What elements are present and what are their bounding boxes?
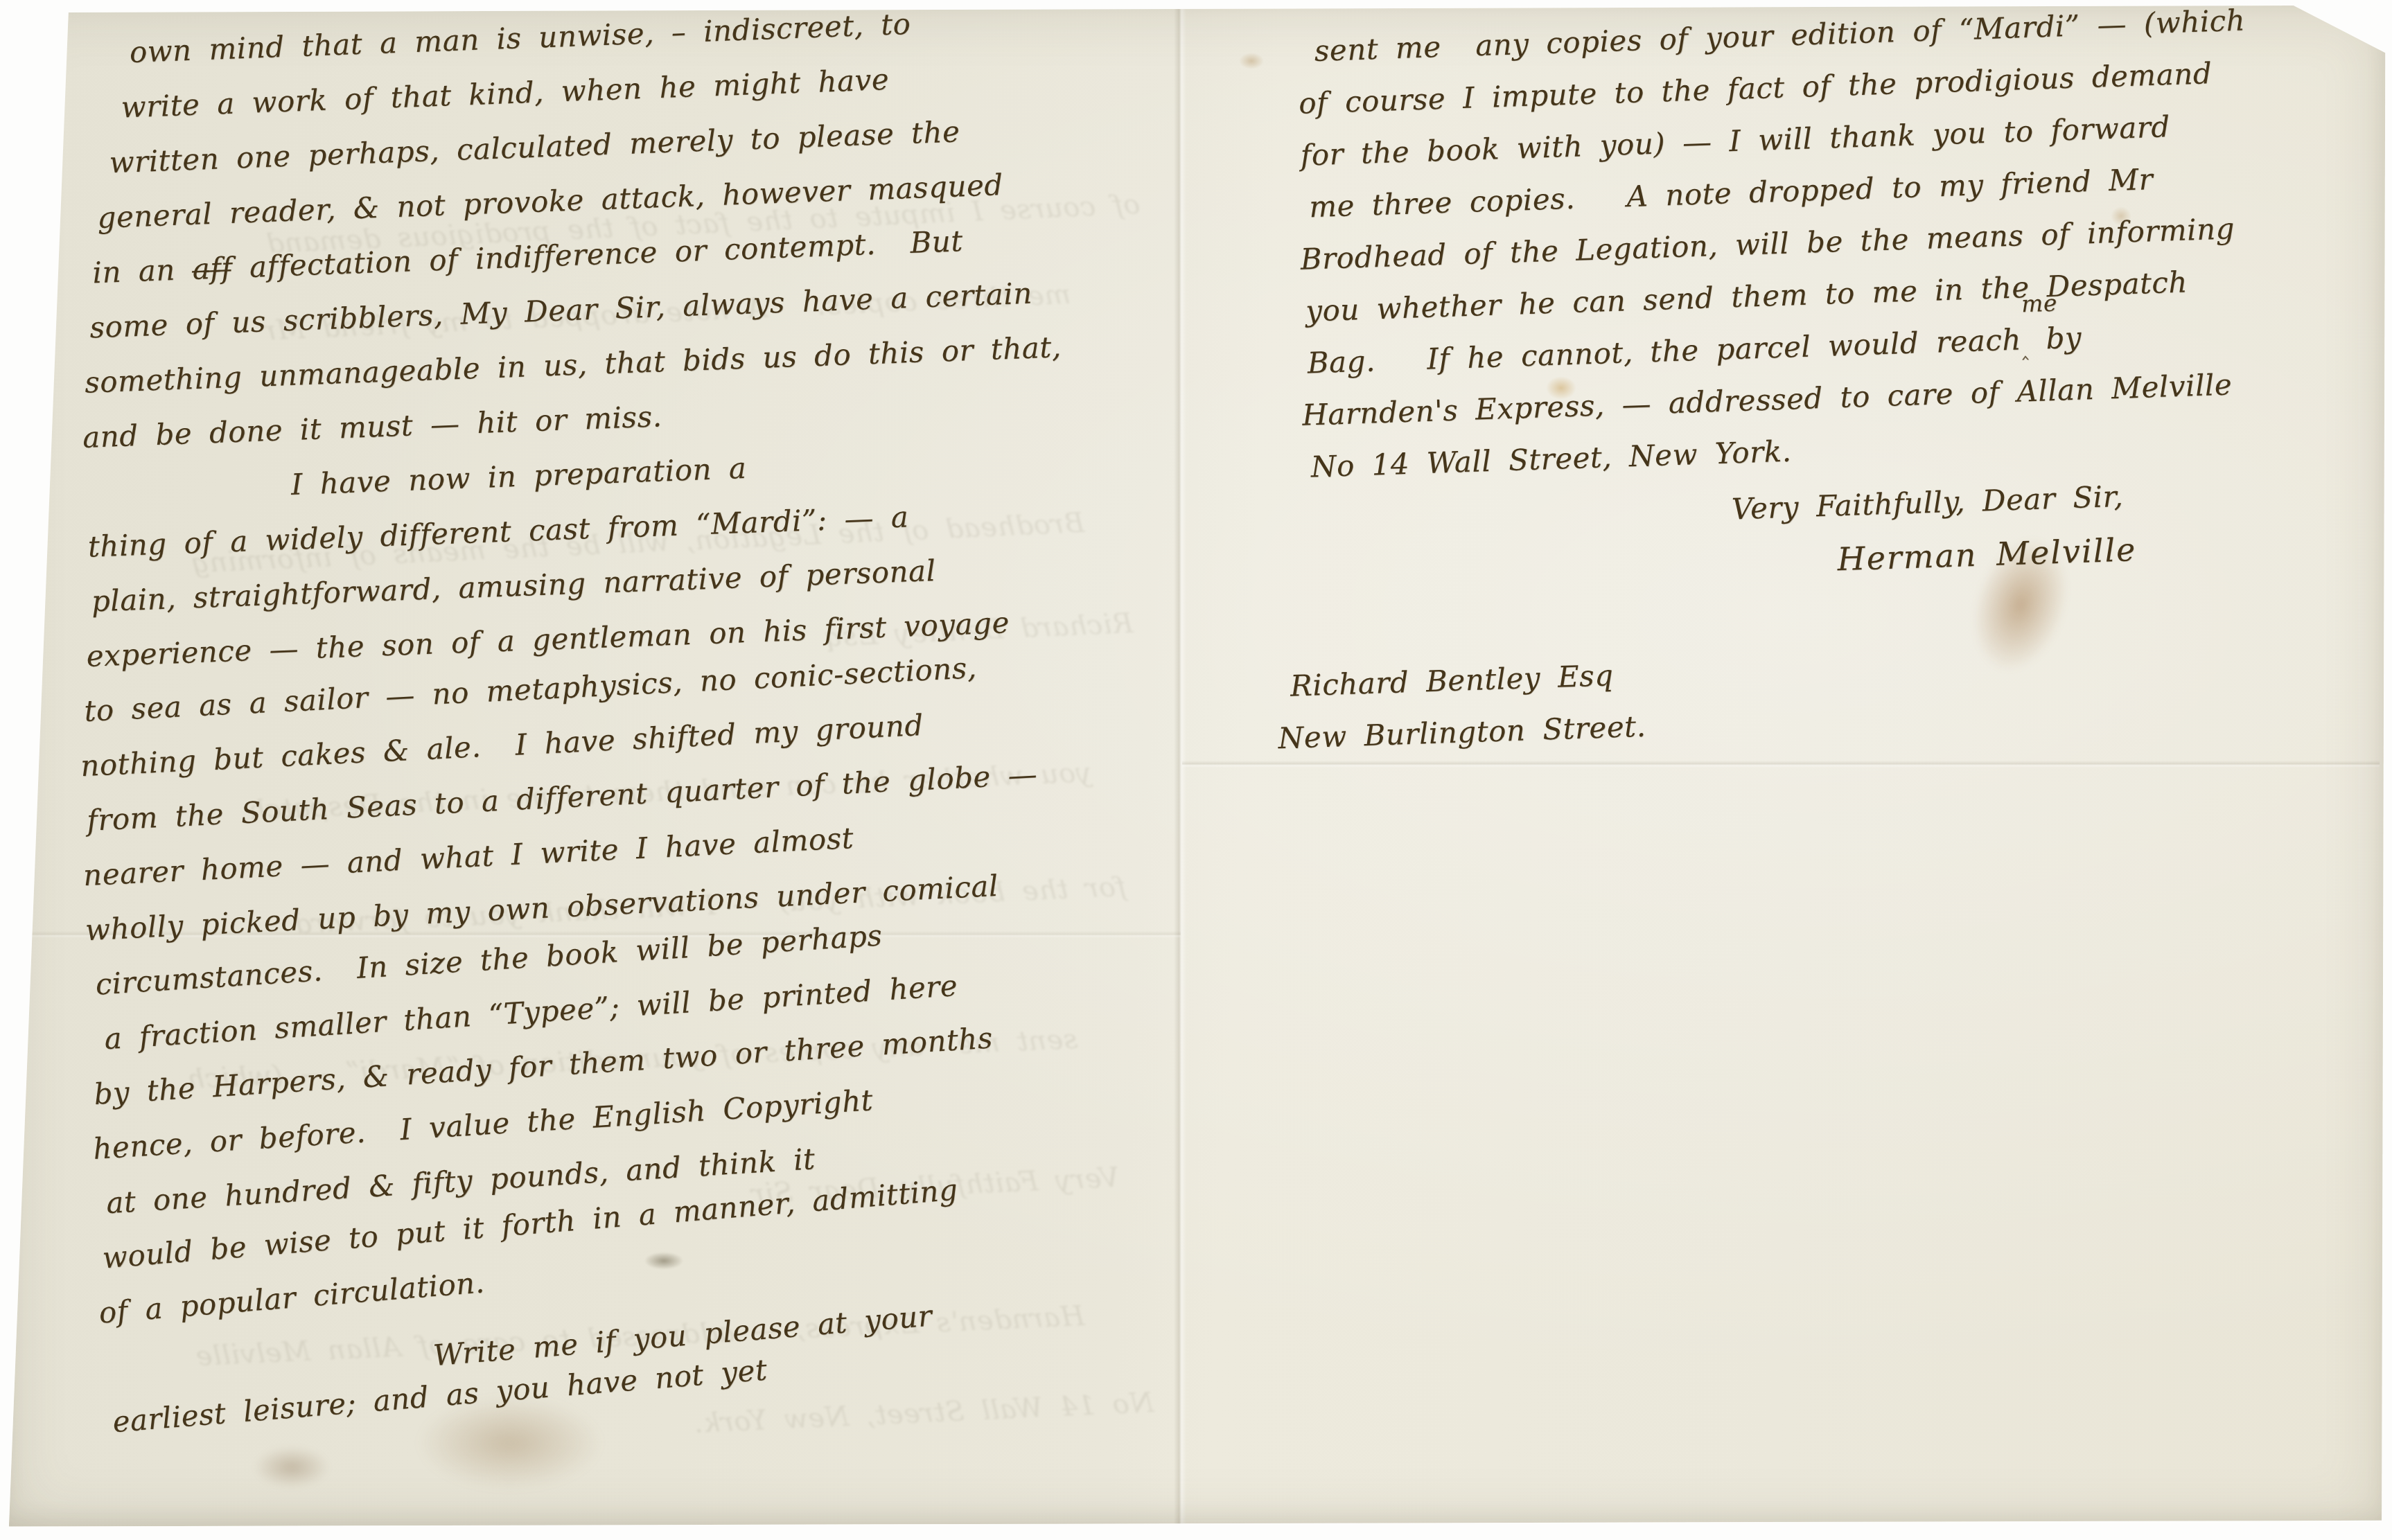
letter-page-1: of course I impute to the fact of the pr… — [4, 6, 1182, 1530]
caret-mark: ‸ — [2021, 336, 2030, 360]
page-1-text: own mind that a man is unwise, – indiscr… — [53, 0, 1213, 1460]
scan-background: of course I impute to the fact of the pr… — [0, 0, 2392, 1540]
letter-spread: of course I impute to the fact of the pr… — [4, 6, 2386, 1530]
caret-insertion: me‸ — [2021, 322, 2029, 356]
line-text-after-caret: by — [2028, 321, 2082, 357]
page-2-text: sent me any copies of your edition of “M… — [1231, 0, 2392, 774]
inserted-word-above-line: me — [2021, 290, 2058, 318]
letter-page-2: sent me any copies of your edition of “M… — [1182, 6, 2386, 1530]
